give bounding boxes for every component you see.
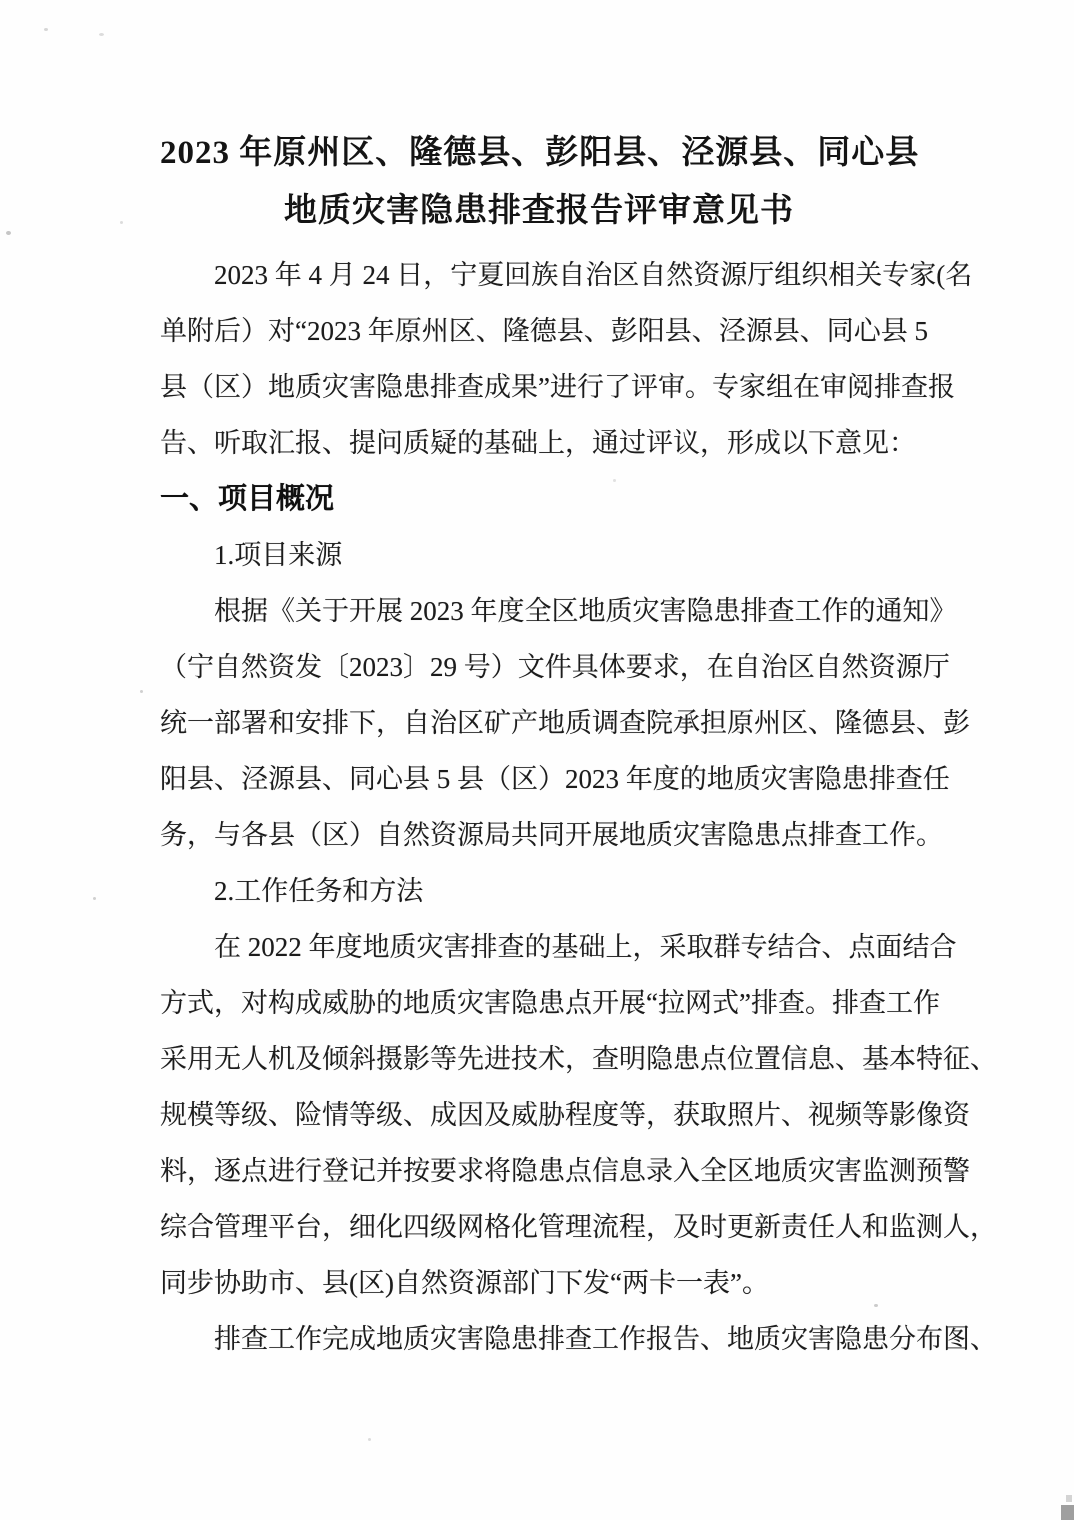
- text-line: 1.项目来源: [160, 527, 918, 583]
- scanned-document-page: 2023 年原州区、隆德县、彭阳县、泾源县、同心县 地质灾害隐患排查报告评审意见…: [0, 0, 1074, 1520]
- scan-speck: [6, 231, 11, 235]
- document-body: 2023 年 4 月 24 日，宁夏回族自治区自然资源厅组织相关专家(名单附后）…: [160, 247, 918, 1367]
- text-line: 综合管理平台，细化四级网格化管理流程，及时更新责任人和监测人，: [160, 1199, 918, 1255]
- scan-speck: [613, 479, 616, 482]
- text-line: 告、听取汇报、提问质疑的基础上，通过评议，形成以下意见：: [160, 415, 918, 471]
- document-title-line-2: 地质灾害隐患排查报告评审意见书: [160, 182, 918, 240]
- text-line: 规模等级、险情等级、成因及威胁程度等，获取照片、视频等影像资: [160, 1087, 918, 1143]
- text-line: 同步协助市、县(区)自然资源部门下发“两卡一表”。: [160, 1255, 918, 1311]
- text-line: 一、项目概况: [160, 471, 918, 527]
- text-line: 阳县、泾源县、同心县 5 县（区）2023 年度的地质灾害隐患排查任: [160, 751, 918, 807]
- scan-speck: [44, 28, 48, 31]
- scan-speck: [368, 1438, 371, 1441]
- text-line: 统一部署和安排下，自治区矿产地质调查院承担原州区、隆德县、彭: [160, 695, 918, 751]
- text-line: 单附后）对“2023 年原州区、隆德县、彭阳县、泾源县、同心县 5: [160, 303, 918, 359]
- text-line: （宁自然资发〔2023〕29 号）文件具体要求，在自治区自然资源厅: [160, 639, 918, 695]
- scan-speck: [874, 1304, 878, 1307]
- text-line: 方式，对构成威胁的地质灾害隐患点开展“拉网式”排查。排查工作: [160, 975, 918, 1031]
- text-line: 排查工作完成地质灾害隐患排查工作报告、地质灾害隐患分布图、: [160, 1311, 918, 1367]
- scan-speck: [120, 221, 123, 224]
- document-text-column: 2023 年原州区、隆德县、彭阳县、泾源县、同心县 地质灾害隐患排查报告评审意见…: [160, 124, 918, 1367]
- scan-speck: [93, 897, 96, 900]
- text-line: 根据《关于开展 2023 年度全区地质灾害隐患排查工作的通知》: [160, 583, 918, 639]
- scan-corner-artifact: [1061, 1505, 1074, 1520]
- text-line: 县（区）地质灾害隐患排查成果”进行了评审。专家组在审阅排查报: [160, 359, 918, 415]
- text-line: 务，与各县（区）自然资源局共同开展地质灾害隐患点排查工作。: [160, 807, 918, 863]
- text-line: 采用无人机及倾斜摄影等先进技术，查明隐患点位置信息、基本特征、: [160, 1031, 918, 1087]
- document-title-line-1: 2023 年原州区、隆德县、彭阳县、泾源县、同心县: [160, 124, 918, 182]
- text-line: 2.工作任务和方法: [160, 863, 918, 919]
- text-line: 在 2022 年度地质灾害排查的基础上，采取群专结合、点面结合: [160, 919, 918, 975]
- text-line: 料，逐点进行登记并按要求将隐患点信息录入全区地质灾害监测预警: [160, 1143, 918, 1199]
- scan-speck: [140, 690, 143, 693]
- text-line: 2023 年 4 月 24 日，宁夏回族自治区自然资源厅组织相关专家(名: [160, 247, 918, 303]
- scan-speck: [99, 33, 104, 36]
